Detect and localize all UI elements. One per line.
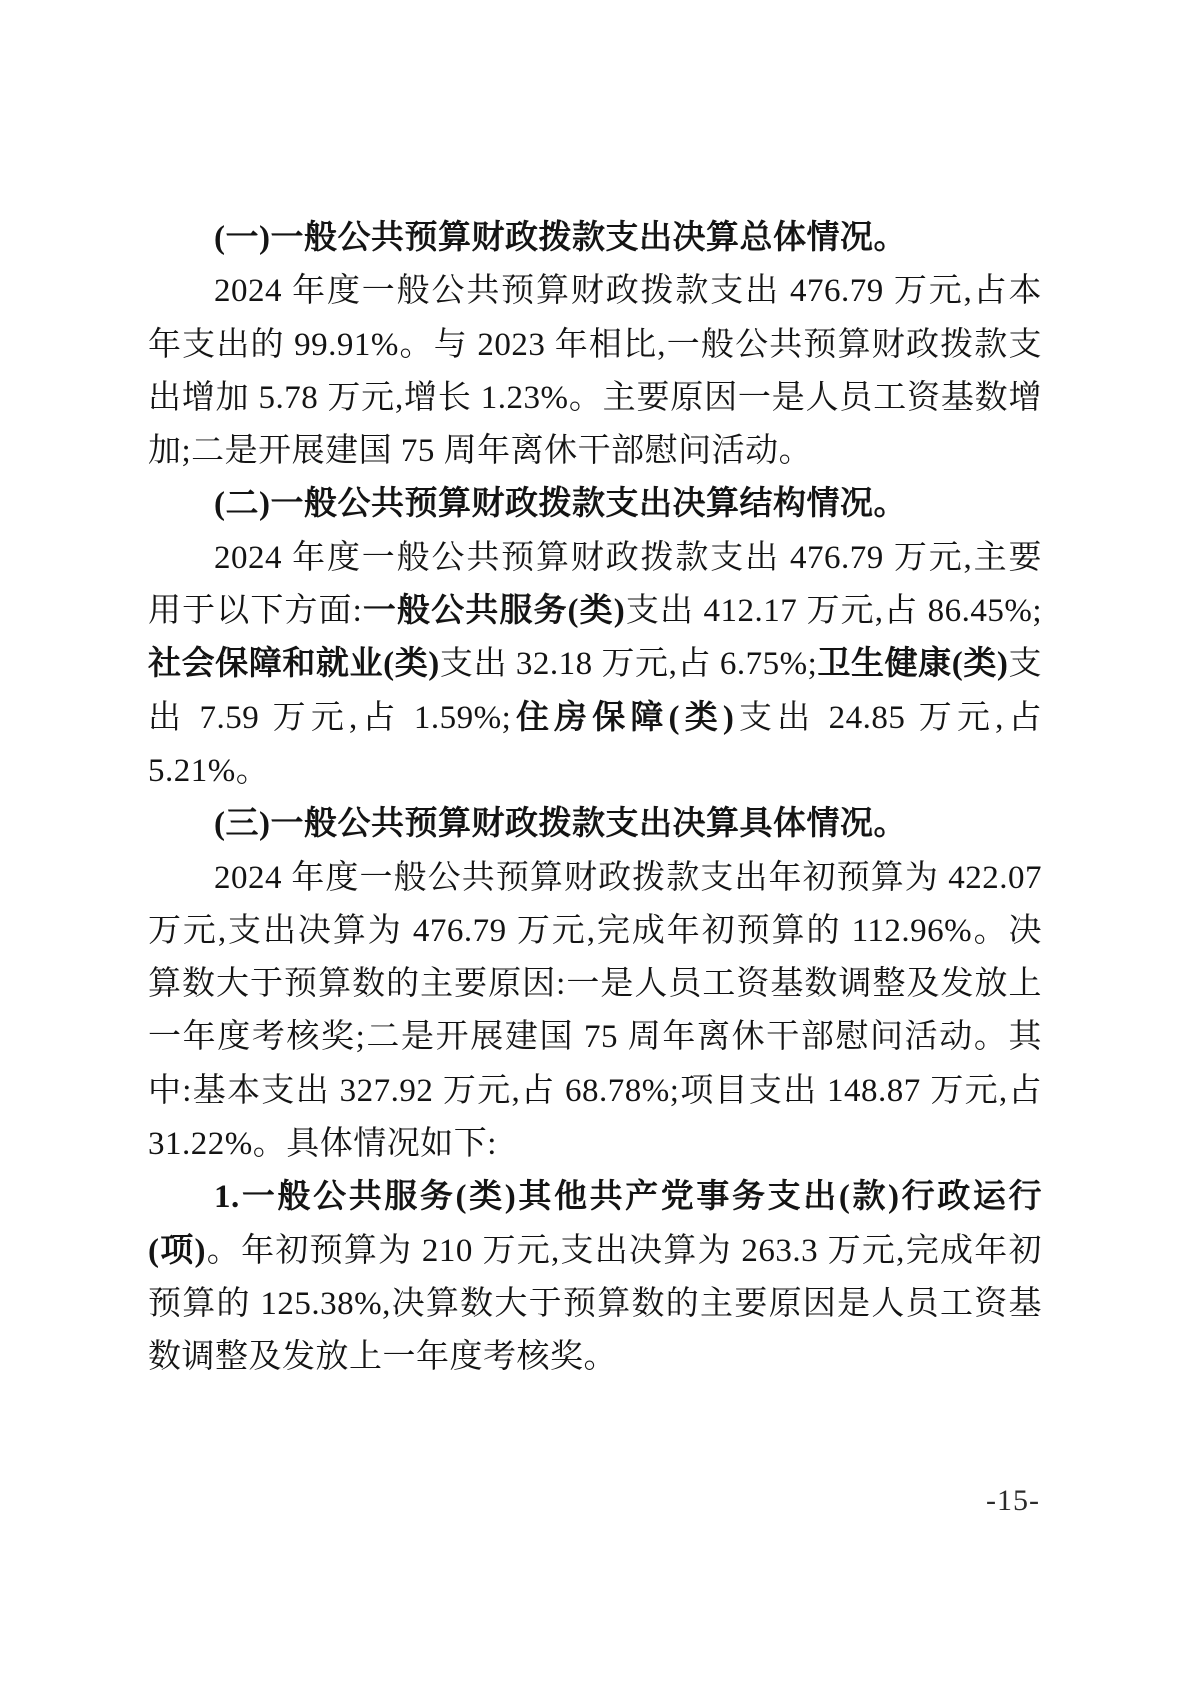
section-3-heading: (三)一般公共预算财政拨款支出决算具体情况。 [148, 798, 1042, 851]
section-1-heading: (一)一般公共预算财政拨款支出决算总体情况。 [148, 212, 1042, 265]
bold-text-run: 住房保障(类) [511, 700, 734, 736]
document-blocks: (一)一般公共预算财政拨款支出决算总体情况。2024 年度一般公共预算财政拨款支… [148, 212, 1042, 1385]
text-run: 。年初预算为 210 万元,支出决算为 263.3 万元,完成年初预算的 125… [148, 1233, 1042, 1376]
text-run: 2024 年度一般公共预算财政拨款支出 476.79 万元,占本年支出的 99.… [148, 273, 1042, 469]
section-1-paragraph: 2024 年度一般公共预算财政拨款支出 476.79 万元,占本年支出的 99.… [148, 265, 1042, 478]
bold-text-run: (二)一般公共预算财政拨款支出决算结构情况。 [214, 486, 907, 522]
bold-text-run: 社会保障和就业(类) [148, 646, 440, 682]
document-page: (一)一般公共预算财政拨款支出决算总体情况。2024 年度一般公共预算财政拨款支… [0, 0, 1190, 1683]
bold-text-run: (一)一般公共预算财政拨款支出决算总体情况。 [214, 220, 907, 256]
text-run: 2024 年度一般公共预算财政拨款支出年初预算为 422.07 万元,支出决算为… [148, 860, 1042, 1162]
section-2-paragraph: 2024 年度一般公共预算财政拨款支出 476.79 万元,主要用于以下方面:一… [148, 532, 1042, 798]
text-run: 支出 412.17 万元,占 86.45%; [625, 593, 1042, 629]
bold-text-run: (三)一般公共预算财政拨款支出决算具体情况。 [214, 806, 907, 842]
item-1-paragraph: 1.一般公共服务(类)其他共产党事务支出(款)行政运行(项)。年初预算为 210… [148, 1171, 1042, 1384]
section-3-paragraph: 2024 年度一般公共预算财政拨款支出年初预算为 422.07 万元,支出决算为… [148, 852, 1042, 1172]
bold-text-run: 卫生健康(类) [817, 646, 1008, 682]
text-run: 支出 32.18 万元,占 6.75%; [440, 646, 818, 682]
section-2-heading: (二)一般公共预算财政拨款支出决算结构情况。 [148, 478, 1042, 531]
page-number: -15- [986, 1484, 1040, 1518]
bold-text-run: 一般公共服务(类) [362, 593, 625, 629]
